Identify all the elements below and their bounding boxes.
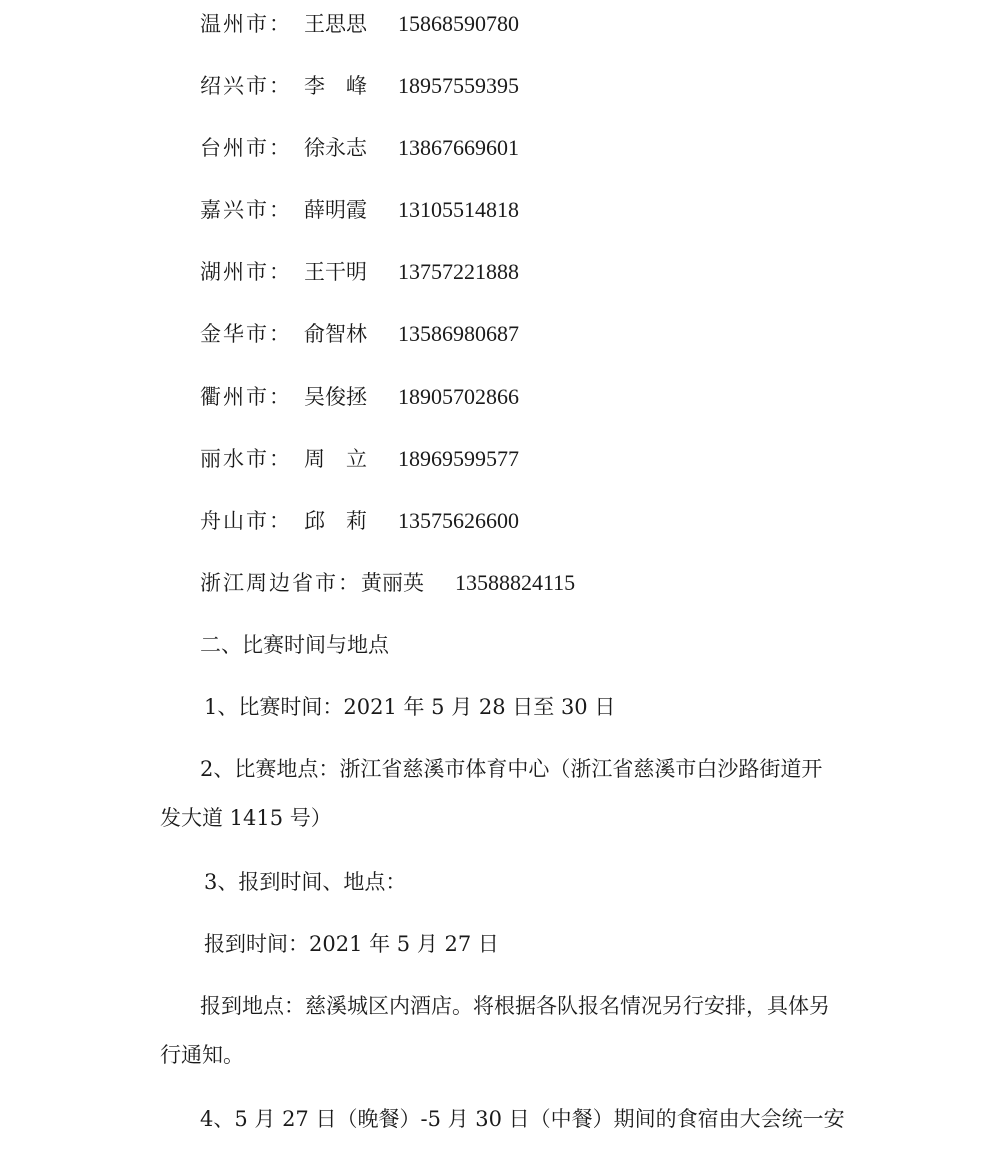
contact-city: 绍兴市： (200, 71, 304, 101)
contact-city: 嘉兴市： (200, 195, 304, 225)
contact-phone: 13588824115 (455, 568, 575, 598)
checkin-time: 报到时间：2021 年 5 月 27 日 (204, 929, 499, 959)
contact-city: 台州市： (200, 133, 304, 163)
contact-row-lishui: 丽水市：周 立18969599577 (200, 444, 519, 474)
contact-name: 吴俊拯 (304, 382, 398, 412)
contact-name: 邱 莉 (304, 506, 398, 536)
contact-name: 俞智林 (304, 319, 398, 349)
contact-phone: 13105514818 (398, 195, 519, 225)
checkin-heading: 3、报到时间、地点： (204, 867, 406, 897)
contact-name: 周 立 (304, 444, 398, 474)
checkin-place-line1: 报到地点：慈溪城区内酒店。将根据各队报名情况另行安排，具体另 (200, 991, 830, 1021)
contact-row-quzhou: 衢州市：吴俊拯18905702866 (200, 382, 519, 412)
contact-city: 衢州市： (200, 382, 304, 412)
contact-row-jinhua: 金华市：俞智林13586980687 (200, 319, 519, 349)
contact-row-huzhou: 湖州市：王干明13757221888 (200, 257, 519, 287)
contact-row-taizhou: 台州市：徐永志13867669601 (200, 133, 519, 163)
competition-venue-line2: 发大道 1415 号） (160, 803, 332, 833)
contact-phone: 13757221888 (398, 257, 519, 287)
contact-city: 浙江周边省市： (200, 568, 361, 598)
contact-phone: 18957559395 (398, 71, 519, 101)
contact-city: 舟山市： (200, 506, 304, 536)
contact-city: 丽水市： (200, 444, 304, 474)
contact-city: 温州市： (200, 9, 304, 39)
checkin-place-line2: 行通知。 (160, 1040, 244, 1070)
contact-phone: 15868590780 (398, 9, 519, 39)
contact-phone: 13575626600 (398, 506, 519, 536)
contact-name: 黄丽英 (361, 568, 455, 598)
competition-time: 1、比赛时间：2021 年 5 月 28 日至 30 日 (204, 692, 615, 722)
meals-lodging-line1: 4、5 月 27 日（晚餐）-5 月 30 日（中餐）期间的食宿由大会统一安 (200, 1104, 845, 1134)
contact-row-zhoushan: 舟山市：邱 莉13575626600 (200, 506, 519, 536)
contact-name: 薛明霞 (304, 195, 398, 225)
contact-name: 王思思 (304, 9, 398, 39)
contact-row-jiaxing: 嘉兴市：薛明霞13105514818 (200, 195, 519, 225)
contact-name: 李 峰 (304, 71, 398, 101)
contact-phone: 13586980687 (398, 319, 519, 349)
contact-name: 王干明 (304, 257, 398, 287)
contact-city: 湖州市： (200, 257, 304, 287)
contact-phone: 18969599577 (398, 444, 519, 474)
competition-venue-line1: 2、比赛地点：浙江省慈溪市体育中心（浙江省慈溪市白沙路街道开 (200, 754, 822, 784)
contact-city: 金华市： (200, 319, 304, 349)
section-heading: 二、比赛时间与地点 (200, 630, 389, 660)
contact-phone: 13867669601 (398, 133, 519, 163)
contact-row-shaoxing: 绍兴市：李 峰18957559395 (200, 71, 519, 101)
contact-name: 徐永志 (304, 133, 398, 163)
contact-phone: 18905702866 (398, 382, 519, 412)
contact-row-wenzhou: 温州市：王思思15868590780 (200, 9, 519, 39)
contact-row-neighbor-provinces: 浙江周边省市：黄丽英13588824115 (200, 568, 575, 598)
